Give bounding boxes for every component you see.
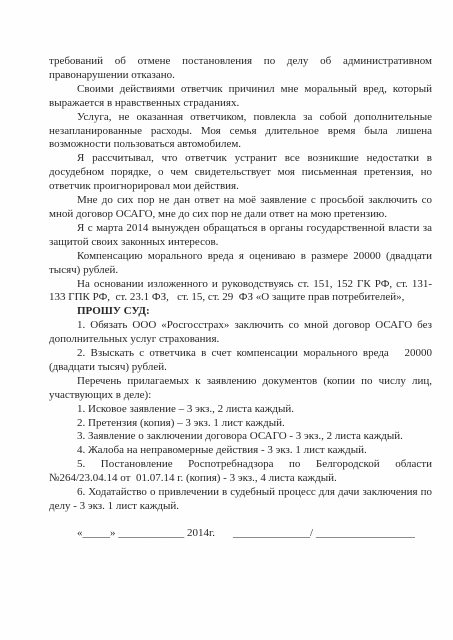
signature-date-line: «_____» ____________ 2014г. [77,527,215,541]
body-paragraph: Я рассчитывал, что ответчик устранит все… [49,152,432,194]
body-paragraph: Услуга, не оказанная ответчиком, повлекл… [49,111,432,153]
scanned-petition-page: требований об отмене постановления по де… [0,0,453,640]
demand-item: 1. Обязать ООО «Росгосстрах» заключить с… [49,319,432,347]
body-paragraph: Я с марта 2014 вынужден обращаться в орг… [49,222,432,250]
legal-basis-paragraph: На основании изложенного и руководствуяс… [49,278,432,306]
attachment-item: 2. Претензия (копия) – 3 экз. 1 лист каж… [49,417,432,431]
attachments-intro: Перечень прилагаемых к заявлению докумен… [49,375,432,403]
body-paragraph: Компенсацию морального вреда я оцениваю … [49,250,432,278]
demand-item: 2. Взыскать с ответчика в счет компенсац… [49,347,432,375]
body-paragraph-continuation: требований об отмене постановления по де… [49,55,432,83]
body-paragraph: Мне до сих пор не дан ответ на моё заявл… [49,194,432,222]
attachment-item: 3. Заявление о заключении договора ОСАГО… [49,430,432,444]
attachment-item: 1. Исковое заявление – 3 экз., 2 листа к… [49,403,432,417]
petition-heading: ПРОШУ СУД: [49,305,432,319]
attachment-item: 6. Ходатайство о привлечении в судебный … [49,486,432,514]
signature-block: «_____» ____________ 2014г. ____________… [49,527,432,541]
signature-name-line: ______________/ __________________ [233,527,415,541]
body-paragraph: Своими действиями ответчик причинил мне … [49,83,432,111]
attachment-item: 4. Жалоба на неправомерные действия - 3 … [49,444,432,458]
attachment-item: 5. Постановление Роспотребнадзора по Бел… [49,458,432,486]
